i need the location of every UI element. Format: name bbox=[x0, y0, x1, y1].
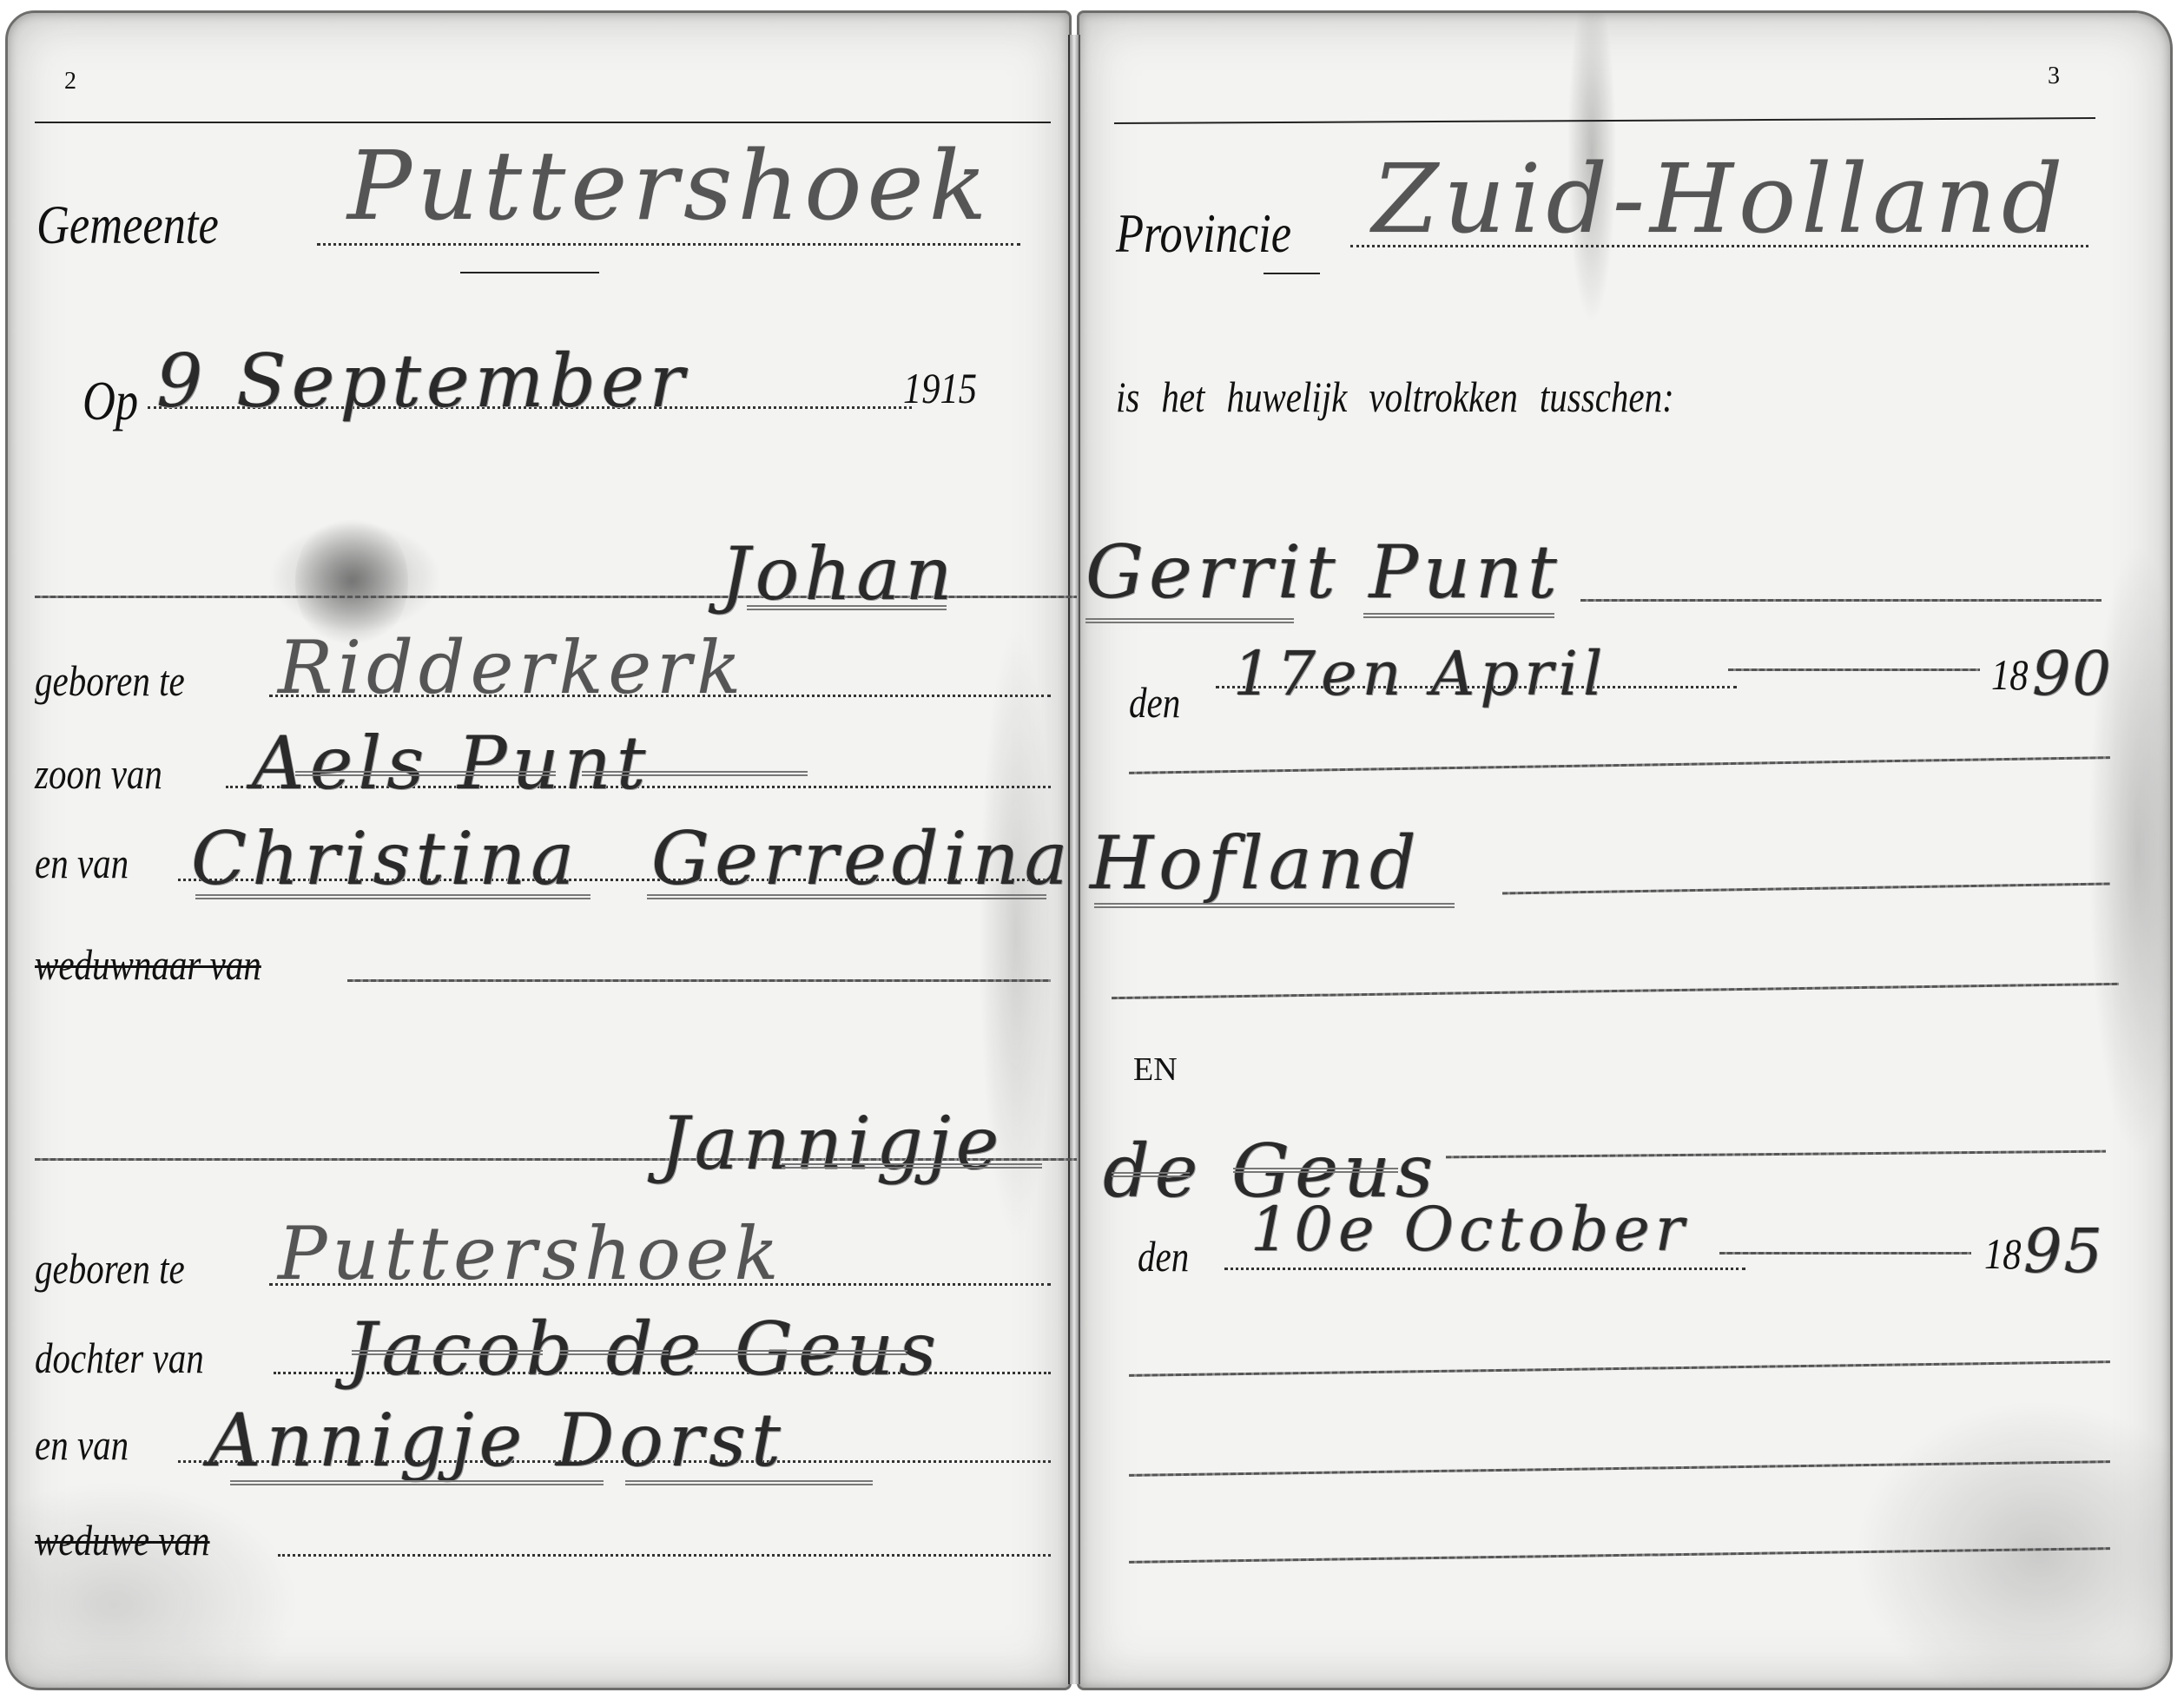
groom-first-underline bbox=[747, 605, 947, 610]
bride-father-underline-1 bbox=[352, 1350, 543, 1355]
groom-birth-den-label: den bbox=[1129, 677, 1180, 728]
bride-father-underline-3 bbox=[695, 1350, 907, 1355]
groom-first-name: Johan bbox=[721, 531, 958, 616]
groom-mother-second: Gerredina bbox=[651, 816, 1073, 901]
groom-birth-year-suffix: 90 bbox=[2032, 638, 2113, 709]
groom-born-place: Ridderkerk bbox=[278, 625, 746, 710]
bride-birth-date: 10e October bbox=[1250, 1194, 1689, 1265]
groom-mother-first: Christina bbox=[191, 816, 579, 901]
bride-birth-year-suffix: 95 bbox=[2023, 1215, 2104, 1287]
gemeente-line bbox=[317, 243, 1020, 246]
groom-born-label: geboren te bbox=[35, 655, 185, 706]
groom-and-of-label: en van bbox=[35, 838, 129, 888]
widower-label: weduwnaar van bbox=[35, 939, 261, 990]
groom-mother-underline-1 bbox=[195, 894, 591, 899]
bride-rest-underline-2 bbox=[1233, 1168, 1398, 1173]
bride-father: Jacob de Geus bbox=[347, 1307, 941, 1392]
op-label: Op bbox=[82, 369, 138, 433]
marriage-intro: is het huwelijk voltrokken tusschen: bbox=[1116, 372, 1674, 422]
bride-and-of-label: en van bbox=[35, 1419, 129, 1470]
page-number-left: 2 bbox=[64, 68, 76, 95]
bride-born-label: geboren te bbox=[35, 1243, 185, 1294]
bride-born-place: Puttershoek bbox=[278, 1211, 783, 1296]
widow-line bbox=[278, 1554, 1051, 1557]
groom-rest-name: Gerrit Punt bbox=[1085, 530, 1562, 615]
marriage-day-month: 9 September bbox=[156, 339, 690, 424]
bride-daughter-of-label: dochter van bbox=[35, 1333, 204, 1383]
bride-birth-year-prefix: 18 bbox=[1984, 1228, 2022, 1279]
groom-mother-last: Hofland bbox=[1090, 820, 1422, 905]
groom-name-line-right bbox=[1580, 599, 2102, 602]
provincie-value: Zuid-Holland bbox=[1372, 143, 2068, 254]
gemeente-underline bbox=[460, 272, 599, 273]
groom-rest-underline-1 bbox=[1085, 618, 1294, 623]
groom-birth-date: 17en April bbox=[1233, 638, 1607, 709]
gemeente-value: Puttershoek bbox=[347, 130, 992, 241]
bride-birth-line-solid bbox=[1719, 1252, 1971, 1254]
groom-mother-last-underline bbox=[1094, 903, 1455, 908]
bride-rest-underline-1 bbox=[1112, 1172, 1190, 1177]
groom-birth-line-solid bbox=[1728, 668, 1980, 671]
header-rule-left bbox=[35, 122, 1051, 123]
groom-father-underline-1 bbox=[295, 771, 556, 776]
bride-first-name: Jannigje bbox=[660, 1101, 1004, 1186]
en-separator: EN bbox=[1133, 1050, 1178, 1089]
groom-birth-year-prefix: 18 bbox=[1991, 649, 2029, 700]
bride-birth-line bbox=[1224, 1268, 1745, 1270]
bride-birth-den-label: den bbox=[1138, 1231, 1189, 1281]
widower-line bbox=[347, 979, 1051, 982]
bride-father-underline-2 bbox=[560, 1350, 669, 1355]
groom-son-of-label: zoon van bbox=[35, 748, 162, 799]
groom-father: Aels Punt bbox=[252, 721, 651, 806]
bride-mother-underline-1 bbox=[230, 1480, 604, 1485]
provincie-underline bbox=[1264, 273, 1320, 274]
bride-first-underline bbox=[782, 1163, 1042, 1169]
widow-label: weduwe van bbox=[35, 1515, 210, 1565]
gemeente-label: Gemeente bbox=[36, 193, 219, 257]
groom-mother-underline-2 bbox=[647, 894, 1046, 899]
provincie-label: Provincie bbox=[1116, 201, 1291, 266]
marriage-year: 1915 bbox=[903, 363, 977, 413]
page-number-right: 3 bbox=[2048, 63, 2060, 90]
bride-mother: Annigje Dorst bbox=[208, 1398, 786, 1483]
groom-father-underline-2 bbox=[582, 771, 808, 776]
bride-mother-underline-2 bbox=[625, 1480, 873, 1485]
groom-rest-underline-2 bbox=[1363, 613, 1554, 618]
